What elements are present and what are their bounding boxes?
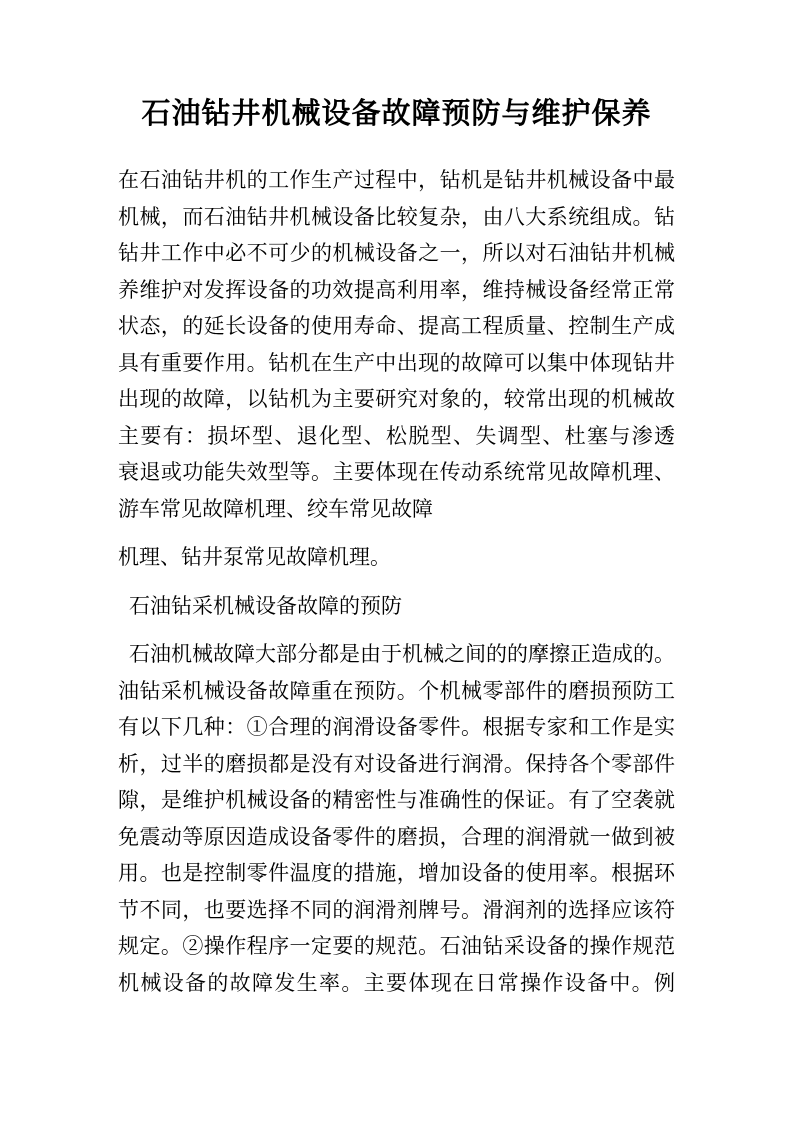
- document-line: 钻井工作中必不可少的机械设备之一，所以对石油钻井机械设备保: [118, 235, 675, 272]
- document-line: 有以下几种：①合理的润滑设备零件。根据专家和工作是实际分: [118, 709, 675, 746]
- document-line: 具有重要作用。钻机在生产中出现的故障可以集中体现钻井机械所: [118, 345, 675, 382]
- document-line: 机理、钻井泵常见故障机理。: [118, 539, 675, 576]
- document-line: 石油钻采机械设备故障的预防: [118, 588, 675, 625]
- paragraph: 在石油钻井机的工作生产过程中，钻机是钻井机械设备中最重要的机械，而石油钻井机械设…: [118, 162, 675, 527]
- paragraph: 机理、钻井泵常见故障机理。: [118, 539, 675, 576]
- document-line: 节不同，也要选择不同的润滑剂牌号。滑润剂的选择应该符合相关: [118, 892, 675, 929]
- document-line: 机械，而石油钻井机械设备比较复杂，由八大系统组成。钻井机是: [118, 199, 675, 236]
- document-line: 出现的故障，以钻机为主要研究对象的，较常出现的机械故障类型: [118, 381, 675, 418]
- document-line: 状态，的延长设备的使用寿命、提高工程质量、控制生产成本方面: [118, 308, 675, 345]
- document-line: 游车常见故障机理、绞车常见故障: [118, 491, 675, 528]
- document-line: 用。也是控制零件温度的措施，增加设备的使用率。根据环境和季: [118, 855, 675, 892]
- document-line: 机械设备的故障发生率。主要体现在日常操作设备中。例如：在启: [118, 965, 675, 1002]
- document-body: 在石油钻井机的工作生产过程中，钻机是钻井机械设备中最重要的机械，而石油钻井机械设…: [118, 162, 675, 1001]
- document-line: 析，过半的磨损都是没有对设备进行润滑。保持各个零部件的空: [118, 746, 675, 783]
- document-page: 石油钻井机械设备故障预防与维护保养 在石油钻井机的工作生产过程中，钻机是钻井机械…: [0, 0, 793, 1122]
- document-line: 在石油钻井机的工作生产过程中，钻机是钻井机械设备中最重要的: [118, 162, 675, 199]
- document-line: 石油机械故障大部分都是由于机械之间的的摩擦正造成的。预防石: [118, 636, 675, 673]
- document-line: 主要有：损坏型、退化型、松脱型、失调型、杜塞与渗透型、性能: [118, 418, 675, 455]
- document-line: 养维护对发挥设备的功效提高利用率，维持械设备经常正常的工作: [118, 272, 675, 309]
- document-content: 石油钻井机械设备故障预防与维护保养 在石油钻井机的工作生产过程中，钻机是钻井机械…: [0, 0, 793, 1001]
- paragraph: 石油机械故障大部分都是由于机械之间的的摩擦正造成的。预防石油钻采机械设备故障重在…: [118, 636, 675, 1001]
- document-line: 免震动等原因造成设备零件的磨损，合理的润滑就一做到被保护作: [118, 819, 675, 856]
- paragraph: 石油钻采机械设备故障的预防: [118, 588, 675, 625]
- document-line: 规定。②操作程序一定要的规范。石油钻采设备的操作规范决定着: [118, 928, 675, 965]
- document-line: 衰退或功能失效型等。主要体现在传动系统常见故障机理、天车及: [118, 454, 675, 491]
- document-title: 石油钻井机械设备故障预防与维护保养: [118, 95, 675, 133]
- document-line: 油钻采机械设备故障重在预防。个机械零部件的磨损预防工作主要: [118, 673, 675, 710]
- document-line: 隙，是维护机械设备的精密性与准确性的保证。有了空袭就可以避: [118, 782, 675, 819]
